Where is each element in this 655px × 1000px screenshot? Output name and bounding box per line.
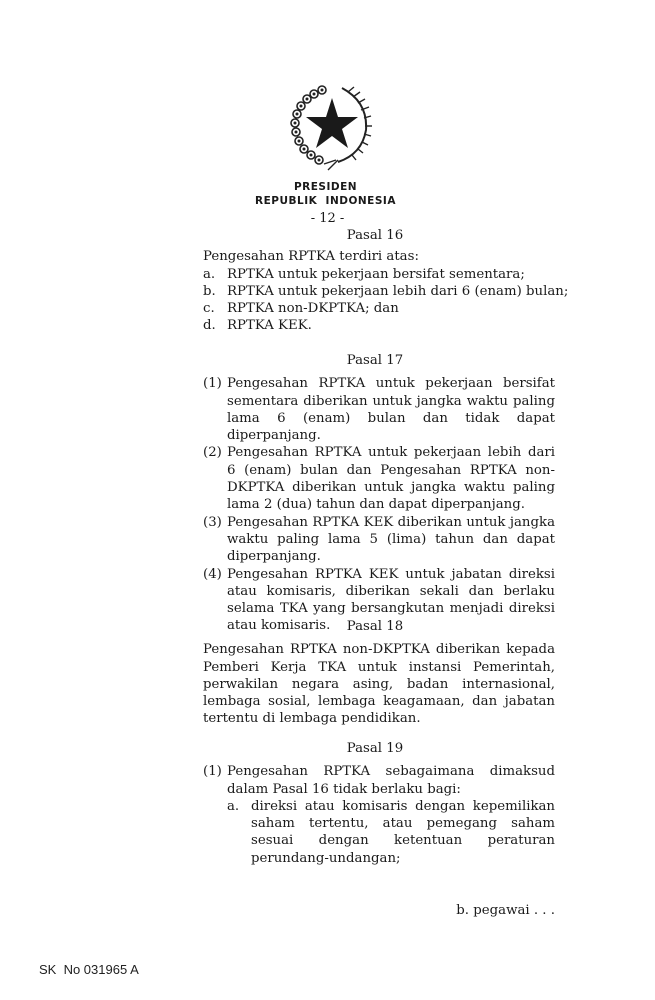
header-presiden: PRESIDEN (0, 181, 653, 193)
header-republik-indonesia: REPUBLIK INDONESIA (0, 195, 653, 207)
list-item: (1)Pengesahan RPTKA untuk pekerjaan bers… (203, 375, 555, 444)
pasal-17-section: Pasal 17 (1)Pengesahan RPTKA untuk peker… (203, 352, 555, 635)
pasal-17-title: Pasal 17 (195, 352, 555, 369)
page-number: - 12 - (0, 211, 655, 226)
list-item: b.RPTKA untuk pekerjaan lebih dari 6 (en… (203, 283, 555, 300)
list-item: (1) Pengesahan RPTKA sebagaimana dimaksu… (203, 763, 555, 867)
pasal-16-intro: Pengesahan RPTKA terdiri atas: (203, 248, 555, 265)
pasal-18-text: Pengesahan RPTKA non-DKPTKA diberikan ke… (203, 641, 555, 727)
list-item: (2)Pengesahan RPTKA untuk pekerjaan lebi… (203, 444, 555, 513)
pasal-18-title: Pasal 18 (195, 618, 555, 635)
pasal-17-list: (1)Pengesahan RPTKA untuk pekerjaan bers… (203, 375, 555, 634)
list-item: (3)Pengesahan RPTKA KEK diberikan untuk … (203, 514, 555, 566)
presidential-star-emblem-icon (282, 82, 378, 172)
pasal-16-title: Pasal 16 (195, 227, 555, 244)
pasal-16-list: a.RPTKA untuk pekerjaan bersifat sementa… (203, 266, 555, 335)
pasal-19-section: Pasal 19 (1) Pengesahan RPTKA sebagaiman… (203, 740, 555, 867)
list-item: d.RPTKA KEK. (203, 317, 555, 334)
footer-serial-number: SK No 031965 A (39, 962, 139, 977)
continuation-text: b. pegawai . . . (456, 903, 555, 918)
pasal-19-list: (1) Pengesahan RPTKA sebagaimana dimaksu… (203, 763, 555, 867)
sub-list-item: a. direksi atau komisaris dengan kepemil… (227, 798, 555, 867)
list-item: a.RPTKA untuk pekerjaan bersifat sementa… (203, 266, 555, 283)
list-item: c.RPTKA non-DKPTKA; dan (203, 300, 555, 317)
pasal-19-title: Pasal 19 (195, 740, 555, 757)
pasal-18-section: Pasal 18 Pengesahan RPTKA non-DKPTKA dib… (203, 618, 555, 728)
pasal-16-section: Pasal 16 Pengesahan RPTKA terdiri atas: … (203, 227, 555, 335)
